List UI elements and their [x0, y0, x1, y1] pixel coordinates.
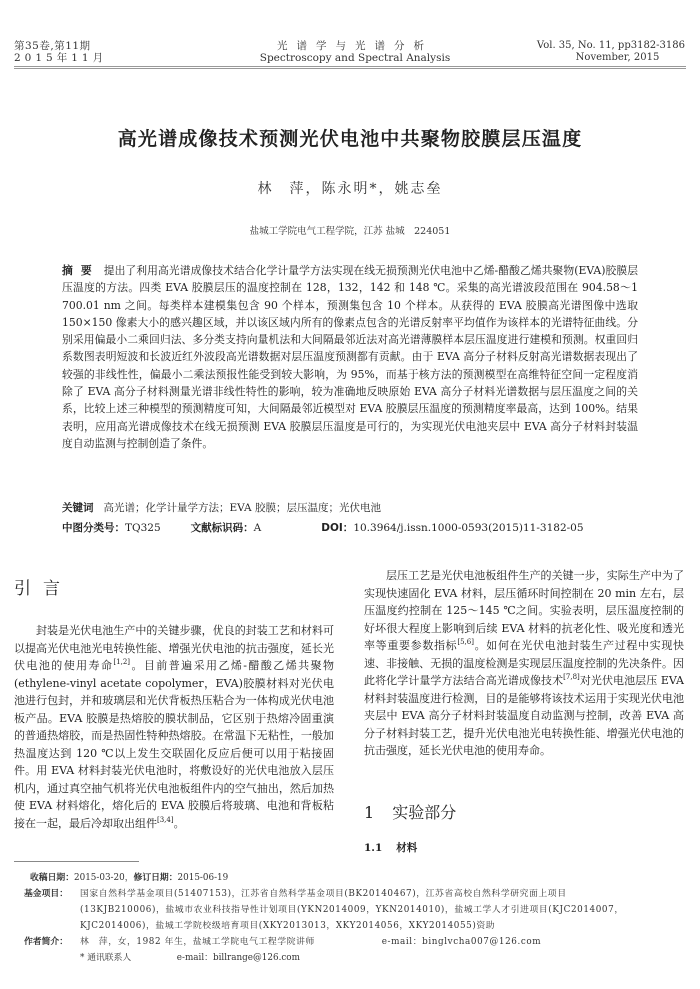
journal-citation-info: Vol. 35, No. 11, pp3182-3186 November, 2…	[480, 40, 685, 64]
keywords-label: 关键词	[62, 502, 94, 514]
clc-label: 中图分类号：	[62, 522, 125, 534]
journal-name-cn: 光谱学与光谱分析	[230, 40, 480, 52]
paper-authors: 林 萍，陈永明*，姚志垒	[0, 178, 700, 198]
dates-line: 收稿日期：2015-03-20，修订日期：2015-06-19	[24, 870, 688, 886]
doc-code-label: 文献标识码：	[191, 522, 254, 534]
journal-volume-info: 第35卷,第11期 2015年11月	[14, 40, 107, 64]
classification-line: 中图分类号：TQ325文献标识码：ADOI：10.3964/j.issn.100…	[62, 520, 584, 535]
abstract: 摘要提出了利用高光谱成像技术结合化学计量学方法实现在线无损预测光伏电池中乙烯-醋…	[62, 262, 638, 452]
corresponding-author-row: * 通讯联系人 e-mail：billrange@126.com	[24, 950, 688, 966]
subsection-title: 材料	[396, 842, 417, 854]
citation-ref[interactable]: [1,2]	[113, 658, 130, 666]
intro-paragraph-1: 封装是光伏电池生产中的关键步骤，优良的封装工艺和材料可以提高光伏电池光电转换性能…	[14, 622, 334, 832]
doc-code-value: A	[254, 522, 262, 534]
intro-heading: 引言	[14, 574, 72, 599]
footnote-divider	[14, 861, 139, 862]
intro-paragraph-2: 层压工艺是光伏电池板组件生产的关键一步，实际生产中为了实现快速固化 EVA 材料…	[364, 567, 684, 760]
corresponding-label: * 通讯联系人	[80, 953, 131, 963]
corresponding-email[interactable]: e-mail：billrange@126.com	[177, 953, 300, 963]
journal-name-en: Spectroscopy and Spectral Analysis	[230, 52, 480, 64]
received-date: 2015-03-20，	[74, 873, 134, 883]
citation-ref[interactable]: [7,8]	[563, 673, 580, 681]
author-bio-row: 作者简介： 林 萍，女，1982 年生，盐城工学院电气工程学院讲师 e-mail…	[24, 934, 688, 950]
clc-value: TQ325	[125, 522, 161, 534]
revised-date: 2015-06-19	[178, 873, 229, 883]
volume-pages: Vol. 35, No. 11, pp3182-3186	[480, 40, 685, 52]
keywords-text: 高光谱；化学计量学方法；EVA 胶膜；层压温度；光伏电池	[104, 502, 381, 514]
citation-ref[interactable]: [3,4]	[157, 816, 174, 824]
funding-label: 基金项目：	[24, 886, 80, 934]
author-bio-text: 林 萍，女，1982 年生，盐城工学院电气工程学院讲师	[80, 937, 315, 947]
section-number: 1	[364, 803, 374, 822]
keywords: 关键词 高光谱；化学计量学方法；EVA 胶膜；层压温度；光伏电池	[62, 500, 381, 515]
author-bio-label: 作者简介：	[24, 934, 80, 950]
revised-label: 修订日期：	[134, 873, 178, 883]
funding-text: 国家自然科学基金项目(51407153)，江苏省自然科学基金项目(BK20140…	[80, 886, 688, 934]
citation-ref[interactable]: [5,6]	[457, 638, 474, 646]
received-label: 收稿日期：	[30, 873, 74, 883]
intro-p1-text-b: 。目前普遍采用乙烯-醋酸乙烯共聚物(ethylene-vinyl acetate…	[14, 659, 334, 830]
author-email[interactable]: e-mail：binglvcha007@126.com	[382, 937, 542, 947]
intro-p1-text-c: 。	[174, 817, 185, 830]
funding-line: (13KJB210006)，盐城市农业科技指导性计划项目(YKN2014009，…	[80, 902, 688, 918]
subsection-heading-materials: 1.1材料	[364, 840, 417, 855]
paper-title: 高光谱成像技术预测光伏电池中共聚物胶膜层压温度	[0, 124, 700, 151]
doi-label: DOI：	[321, 522, 353, 534]
volume-issue: 第35卷,第11期	[14, 40, 107, 52]
footnotes: 收稿日期：2015-03-20，修订日期：2015-06-19 基金项目： 国家…	[24, 870, 688, 966]
section-heading-experimental: 1实验部分	[364, 800, 456, 823]
author-affiliation: 盐城工学院电气工程学院，江苏 盐城 224051	[0, 223, 700, 237]
abstract-label: 摘要	[62, 264, 100, 277]
subsection-number: 1.1	[364, 842, 382, 854]
section-title: 实验部分	[392, 803, 456, 822]
funding-line: KJC2014006)，盐城工学院校级培育项目(XKY2013013，XKY20…	[80, 918, 688, 934]
header-divider	[14, 66, 686, 69]
journal-name: 光谱学与光谱分析 Spectroscopy and Spectral Analy…	[230, 40, 480, 64]
funding-line: 国家自然科学基金项目(51407153)，江苏省自然科学基金项目(BK20140…	[80, 886, 688, 902]
abstract-text: 提出了利用高光谱成像技术结合化学计量学方法实现在线无损预测光伏电池中乙烯-醋酸乙…	[62, 264, 638, 450]
doi-value: 10.3964/j.issn.1000-0593(2015)11-3182-05	[353, 522, 583, 534]
publication-date: 2015年11月	[14, 52, 107, 64]
month-year: November, 2015	[480, 52, 685, 64]
funding-row: 基金项目： 国家自然科学基金项目(51407153)，江苏省自然科学基金项目(B…	[24, 886, 688, 934]
